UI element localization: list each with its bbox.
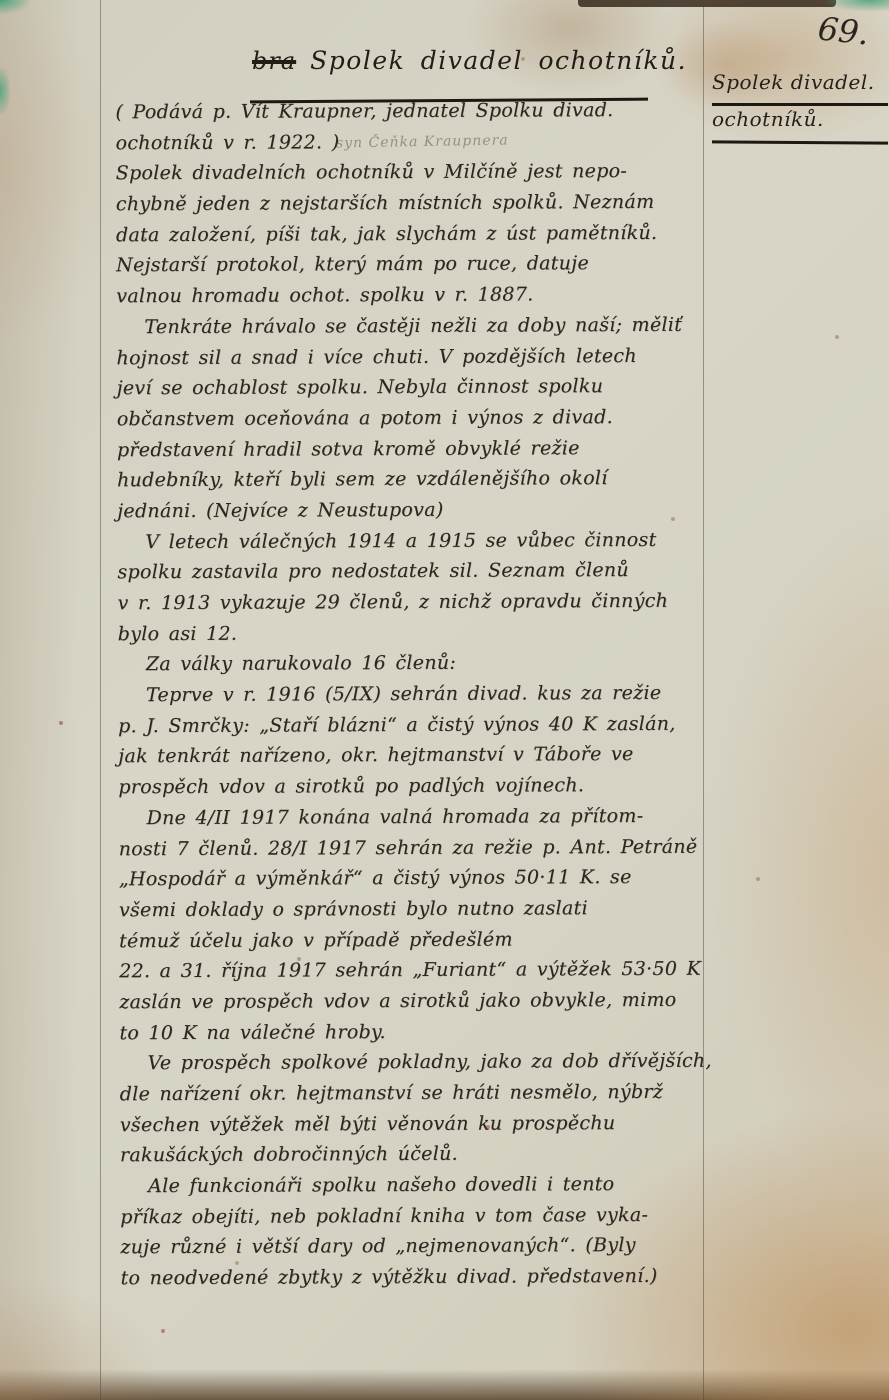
manuscript-line: ochotníků v r. 1922. ) [102,125,714,158]
manuscript-line: zaslán ve prospěch vdov a sirotků jako o… [105,985,717,1018]
manuscript-line: občanstvem oceňována a potom i výnos z d… [103,402,715,435]
binding-edge-green [0,68,10,114]
manuscript-page: 69. braSpolek divadel ochotníků. Spolek … [0,0,889,1400]
manuscript-line: Ve prospěch spolkové pokladny, jako za d… [106,1046,718,1079]
manuscript-line: Dne 4/II 1917 konána valná hromada za př… [104,800,716,833]
manuscript-line: valnou hromadu ochot. spolku v r. 1887. [102,279,714,312]
manuscript-line: V letech válečných 1914 a 1915 se vůbec … [103,524,715,557]
manuscript-line: v r. 1913 vykazuje 29 členů, z nichž opr… [104,586,716,619]
margin-note-underline [712,103,888,106]
manuscript-line: nosti 7 členů. 28/I 1917 sehrán za režie… [105,831,717,864]
binding-edge-green [0,0,30,14]
manuscript-line: všemi doklady o správnosti bylo nutno za… [105,893,717,926]
margin-note-line: ochotníků. [712,107,888,144]
manuscript-line: Nejstarší protokol, který mám po ruce, d… [102,248,714,281]
manuscript-line: jeví se ochablost spolku. Nebyla činnost… [103,371,715,404]
struck-out-word: bra [252,47,296,75]
manuscript-line: Ale funkcionáři spolku našeho dovedli i … [106,1169,718,1202]
foxing-speckles [0,0,2,2]
page-title: Spolek divadel ochotníků. [310,46,687,75]
manuscript-line: jak tenkrát nařízeno, okr. hejtmanství v… [104,739,716,772]
manuscript-line: Spolek divadelních ochotníků v Milčíně j… [102,156,714,189]
manuscript-line: dle nařízení okr. hejtmanství se hráti n… [106,1077,718,1110]
margin-note-line: Spolek divadel. [712,70,888,107]
manuscript-line: ( Podává p. Vít Kraupner, jednatel Spolk… [101,95,713,128]
manuscript-line: to neodvedené zbytky z výtěžku divad. př… [106,1261,718,1294]
manuscript-line: zuje různé i větší dary od „nejmenovanýc… [106,1230,718,1263]
manuscript-line: bylo asi 12. [104,616,716,649]
manuscript-line: prospěch vdov a sirotků po padlých vojín… [104,770,716,803]
manuscript-line: Za války narukovalo 16 členů: [104,647,716,680]
manuscript-line: rakušáckých dobročinných účelů. [106,1138,718,1171]
margin-note: Spolek divadel. ochotníků. [712,70,888,144]
manuscript-line: p. J. Smrčky: „Staří blázni“ a čistý výn… [104,708,716,741]
manuscript-line: příkaz obejíti, neb pokladní kniha v tom… [106,1199,718,1232]
manuscript-line: témuž účelu jako v případě předešlém [105,923,717,956]
manuscript-line: hudebníky, kteří byli sem ze vzdálenější… [103,463,715,496]
manuscript-line: jednáni. (Nejvíce z Neustupova) [103,494,715,527]
manuscript-line: všechen výtěžek měl býti věnován ku pros… [106,1107,718,1140]
title-block: braSpolek divadel ochotníků. [252,46,687,75]
manuscript-line: 22. a 31. října 1917 sehrán „Furiant“ a … [105,954,717,987]
page-number: 69. [816,9,871,52]
manuscript-line: to 10 K na válečné hroby. [105,1015,717,1048]
manuscript-body: ( Podává p. Vít Kraupner, jednatel Spolk… [101,95,718,1294]
manuscript-line: hojnost sil a snad i více chuti. V pozdě… [102,340,714,373]
manuscript-line: Teprve v r. 1916 (5/IX) sehrán divad. ku… [104,678,716,711]
left-margin-rule [100,0,101,1400]
manuscript-line: chybně jeden z nejstarších místních spol… [102,187,714,220]
manuscript-line: „Hospodář a výměnkář“ a čistý výnos 50·1… [105,862,717,895]
binding-edge-green [826,0,889,11]
manuscript-line: data založení, píši tak, jak slychám z ú… [102,217,714,250]
scan-shadow-top [578,0,836,7]
manuscript-line: spolku zastavila pro nedostatek sil. Sez… [103,555,715,588]
manuscript-line: Tenkráte hrávalo se častěji nežli za dob… [102,309,714,342]
manuscript-line: představení hradil sotva kromě obvyklé r… [103,432,715,465]
